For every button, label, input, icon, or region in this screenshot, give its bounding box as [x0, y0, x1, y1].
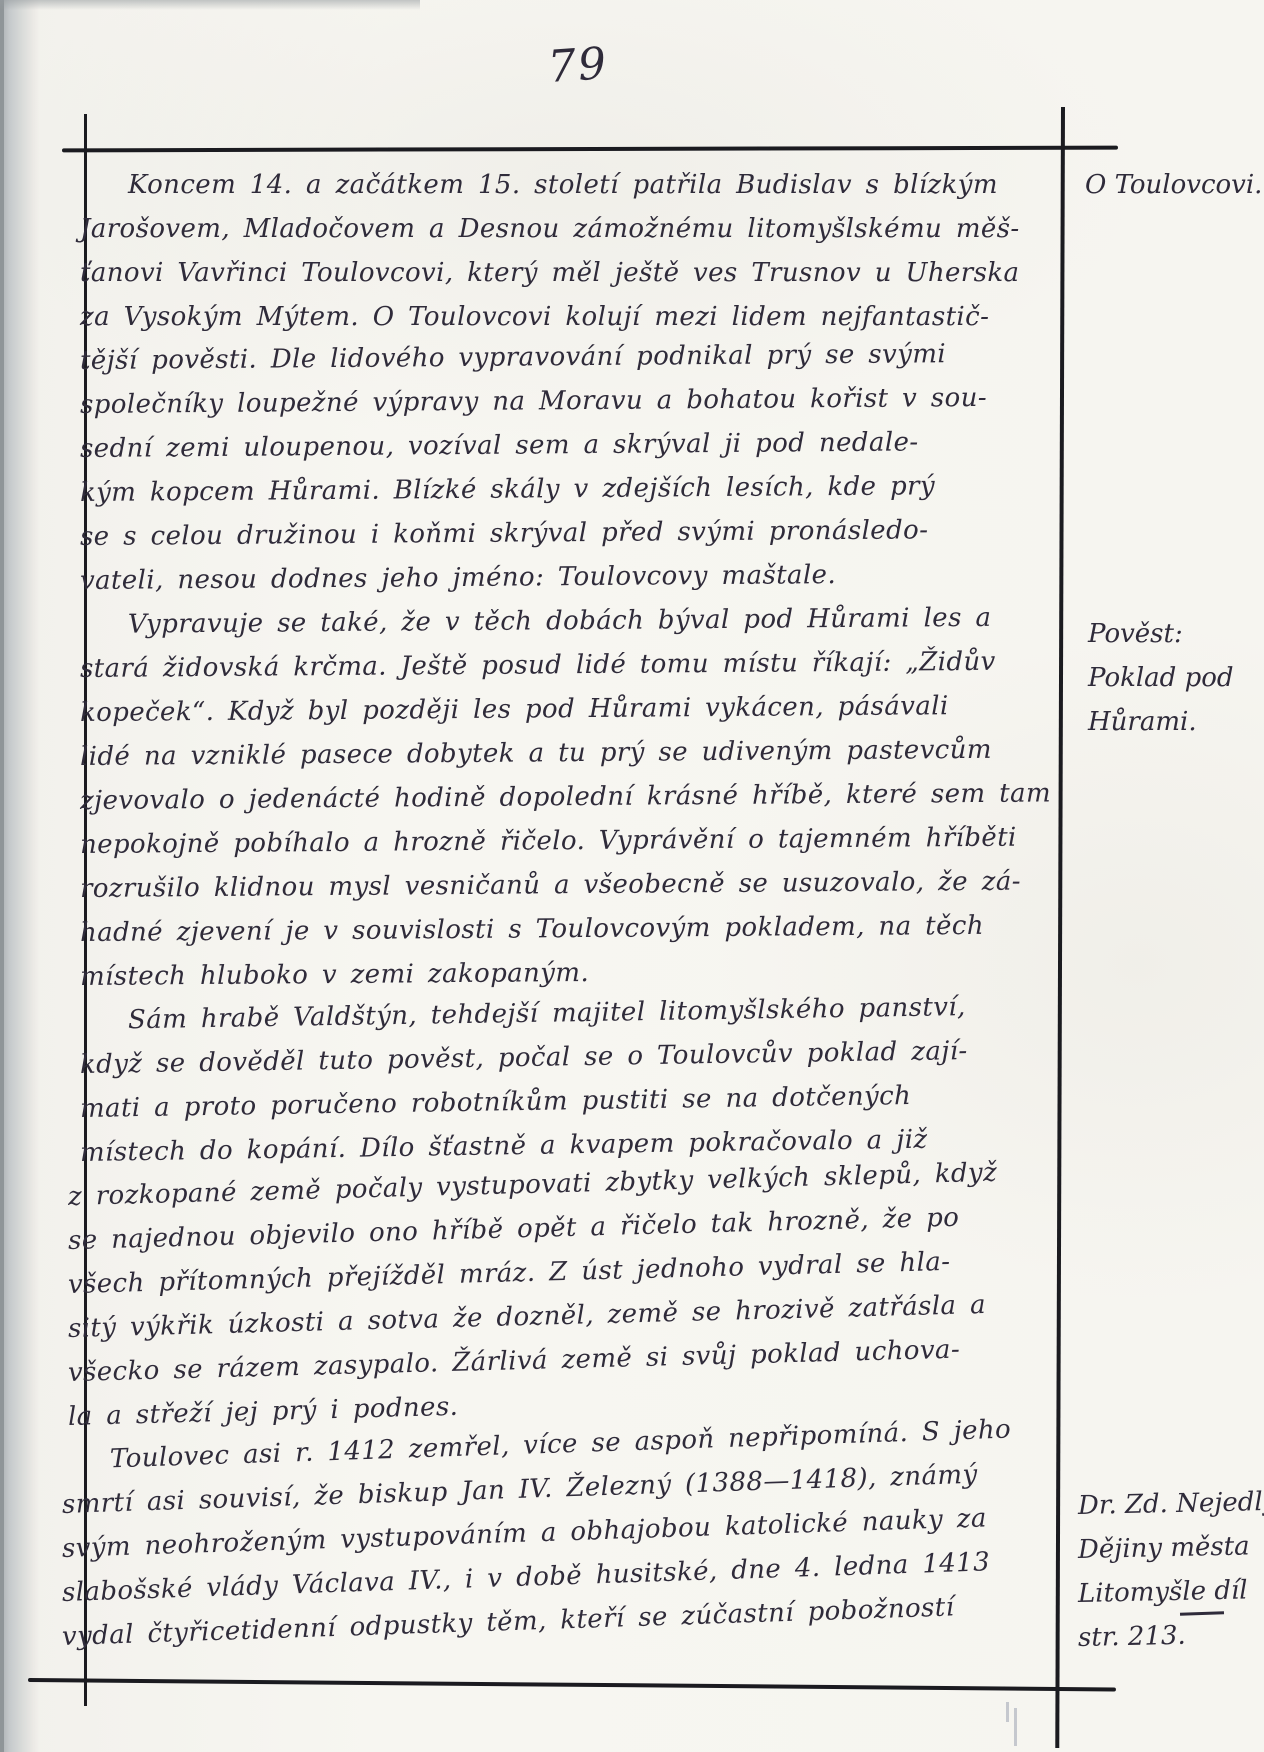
manuscript-line: ťanovi Vavřinci Toulovcovi, který měl je… [80, 251, 1080, 295]
manuscript-line: nepokojně pobíhalo a hrozně řičelo. Vypr… [80, 815, 1080, 867]
manuscript-line: Jarošovem, Mladočovem a Desnou zámožnému… [80, 207, 1080, 251]
scan-artifact-ticks [1006, 1702, 1020, 1748]
scan-edge-left [0, 0, 40, 1752]
margin-note-line: Pověst: [1088, 612, 1234, 656]
margin-note-reference: Dr. Zd. Nejedlý Dějiny města Litomyšle d… [1078, 1484, 1264, 1660]
manuscript-line: Koncem 14. a začátkem 15. století patřil… [80, 163, 1080, 207]
manuscript-line: sední zemi uloupenou, vozíval sem a skrý… [80, 419, 1080, 471]
manuscript-line: společníky loupežné výpravy na Moravu a … [80, 375, 1080, 427]
manuscript-line: se s celou družinou i koňmi skrýval před… [80, 507, 1080, 559]
manuscript-page: 79 Koncem 14. a začátkem 15. století pat… [0, 0, 1264, 1752]
manuscript-line: hadné zjevení je v souvislosti s Toulovc… [80, 903, 1080, 955]
manuscript-line: lidé na vzniklé pasece dobytek a tu prý … [80, 727, 1080, 779]
margin-note-line: Hůrami. [1088, 700, 1234, 744]
manuscript-line: kým kopcem Hůrami. Blízké skály v zdejší… [80, 463, 1080, 515]
margin-note-line: Dějiny města [1078, 1524, 1264, 1572]
margin-note-topic: O Toulovcovi. [1085, 163, 1262, 207]
page-number: 79 [546, 38, 609, 93]
scan-edge-top [0, 0, 420, 10]
margin-note-line: str. 213. [1078, 1612, 1264, 1660]
margin-note-line: O Toulovcovi. [1085, 163, 1262, 207]
margin-note-legend: Pověst: Poklad pod Hůrami. [1088, 612, 1234, 744]
margin-note-line: Dr. Zd. Nejedlý [1078, 1480, 1264, 1528]
top-rule [62, 146, 1118, 153]
manuscript-line: kopeček“. Když byl později les pod Hůram… [80, 683, 1080, 735]
manuscript-line: Vypravuje se také, že v těch dobách býva… [80, 595, 1080, 647]
scan-edge-line [0, 0, 4, 1752]
manuscript-line: stará židovská krčma. Ještě posud lidé t… [80, 639, 1080, 691]
main-text-block: Koncem 14. a začátkem 15. století patřil… [80, 163, 1080, 1659]
margin-note-line: Litomyšle díl [1078, 1568, 1264, 1616]
manuscript-line: vateli, nesou dodnes jeho jméno: Toulovc… [80, 551, 1080, 603]
manuscript-line: tější pověsti. Dle lidového vypravování … [80, 331, 1080, 383]
manuscript-line: zjevovalo o jedenácté hodině dopolední k… [80, 771, 1080, 823]
bottom-rule [28, 1678, 1116, 1691]
margin-note-line: Poklad pod [1088, 656, 1234, 700]
manuscript-line: rozrušilo klidnou mysl vesničanů a všeob… [80, 859, 1080, 911]
